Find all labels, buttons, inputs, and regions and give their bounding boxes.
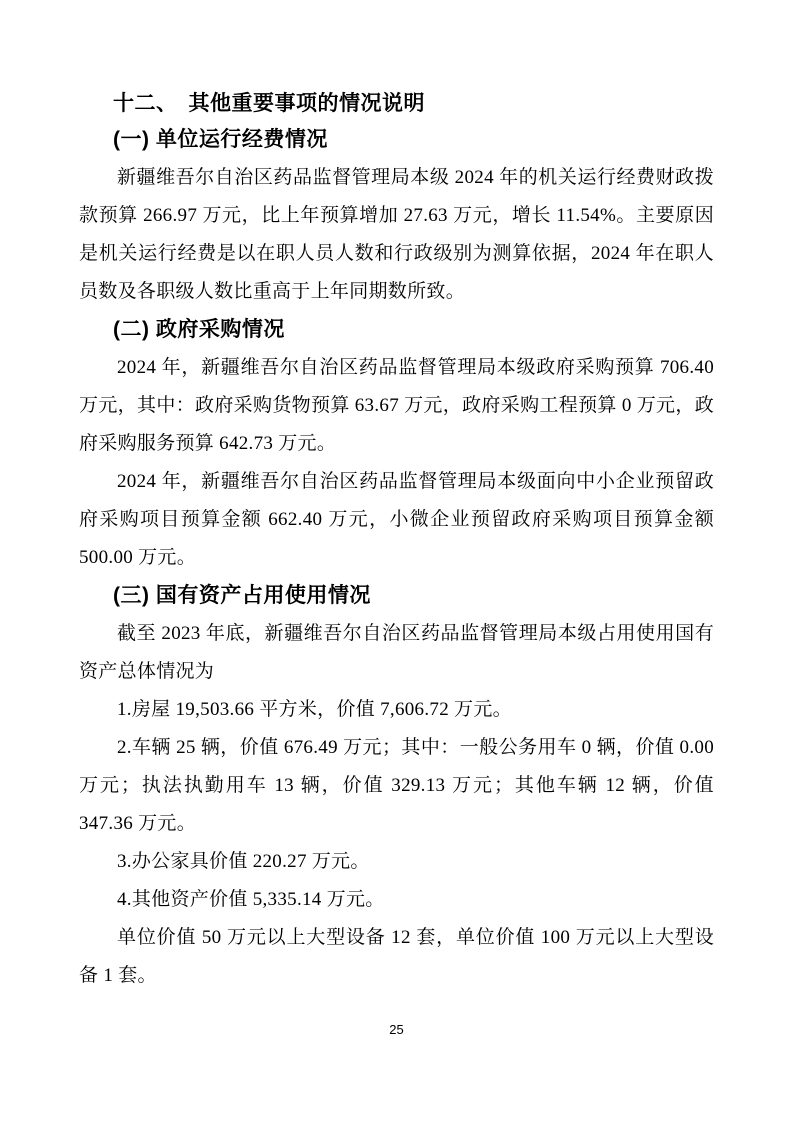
section-2-paragraph: 2024 年，新疆维吾尔自治区药品监督管理局本级面向中小企业预留政府采购项目预算… xyxy=(79,463,714,577)
section-3-paragraph: 截至 2023 年底，新疆维吾尔自治区药品监督管理局本级占用使用国有资产总体情况… xyxy=(79,615,714,691)
section-1-heading: (一) 单位运行经费情况 xyxy=(79,121,714,159)
section-2-paragraph: 2024 年，新疆维吾尔自治区药品监督管理局本级政府采购预算 706.40 万元… xyxy=(79,349,714,463)
section-3-heading: (三) 国有资产占用使用情况 xyxy=(79,577,714,615)
section-3-list-item-housing: 1.房屋 19,503.66 平方米，价值 7,606.72 万元。 xyxy=(79,691,714,729)
document-page: 十二、 其他重要事项的情况说明 (一) 单位运行经费情况 新疆维吾尔自治区药品监… xyxy=(0,0,793,1122)
section-3-paragraph-equipment: 单位价值 50 万元以上大型设备 12 套，单位价值 100 万元以上大型设备 … xyxy=(79,919,714,995)
section-2-heading: (二) 政府采购情况 xyxy=(79,311,714,349)
section-3-list-item-other-assets: 4.其他资产价值 5,335.14 万元。 xyxy=(79,881,714,919)
main-heading: 十二、 其他重要事项的情况说明 xyxy=(79,87,714,121)
section-1-paragraph: 新疆维吾尔自治区药品监督管理局本级 2024 年的机关运行经费财政拨款预算 26… xyxy=(79,159,714,311)
page-number: 25 xyxy=(0,1022,793,1037)
section-3-list-item-vehicles: 2.车辆 25 辆，价值 676.49 万元；其中：一般公务用车 0 辆，价值 … xyxy=(79,729,714,843)
section-3-list-item-furniture: 3.办公家具价值 220.27 万元。 xyxy=(79,843,714,881)
